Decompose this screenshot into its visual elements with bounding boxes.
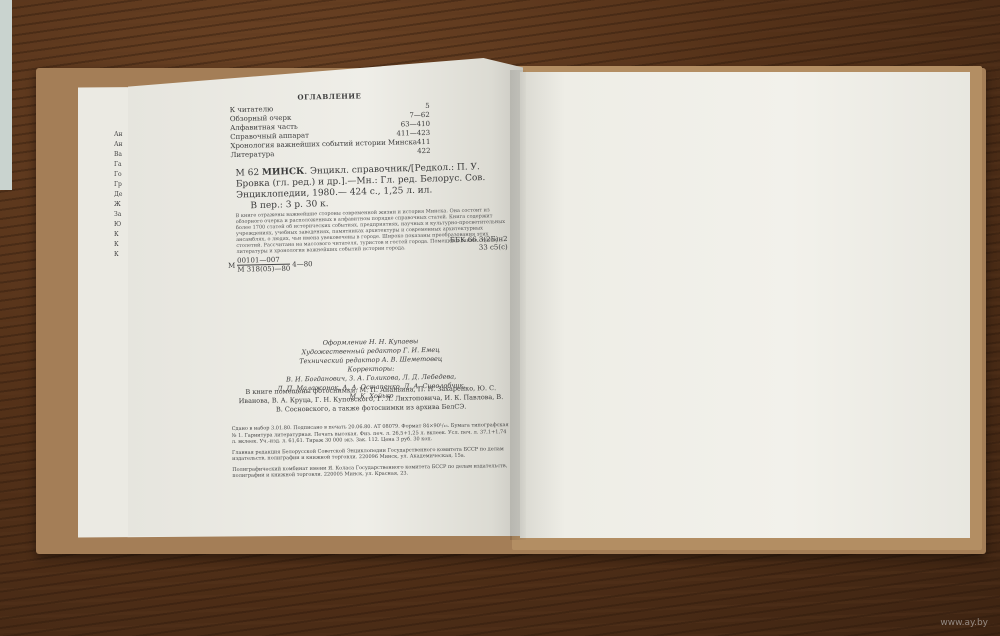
- side-letter: К: [114, 230, 128, 240]
- catalog-code: М 62: [235, 168, 259, 179]
- code-suffix: 4—80: [292, 260, 313, 268]
- udk-code: 33 с5(с): [450, 243, 508, 252]
- side-letter: Ан: [114, 140, 128, 150]
- side-letter: К: [114, 240, 128, 250]
- side-letter: Ю: [114, 220, 128, 230]
- code-prefix: М: [228, 261, 235, 269]
- imprint-paragraph: Главная редакция Белорусской Советской Э…: [232, 446, 512, 463]
- side-letter: Де: [114, 190, 128, 200]
- side-letter: Ан: [114, 130, 128, 140]
- table-of-contents: ОГЛАВЛЕНИЕ К читателю5 Обзорный очерк7—6…: [229, 90, 430, 160]
- watermark: www.ay.by: [940, 618, 988, 628]
- side-letter: За: [114, 210, 128, 220]
- right-page-blank: [520, 72, 970, 538]
- code-denominator: М 318(05)—80: [237, 265, 290, 274]
- imprint: Сдано в набор 3.01.80. Подписано в печат…: [232, 422, 513, 479]
- book-title: МИНСК: [262, 167, 305, 178]
- book-spine-shadow: [510, 70, 526, 540]
- bibliographic-record: М 62 МИНСК. Энцикл. справочник/[Редкол.:…: [235, 161, 511, 212]
- side-letter: Гр: [114, 180, 128, 190]
- photo-credits: В книге помещены фотоснимки: М. П. Анань…: [236, 384, 506, 415]
- side-letter: Га: [114, 160, 128, 170]
- imprint-paragraph: Сдано в набор 3.01.80. Подписано в печат…: [232, 422, 512, 445]
- side-letter: Ж: [114, 200, 128, 210]
- side-letter: Ва: [114, 150, 128, 160]
- side-letter: Го: [114, 170, 128, 180]
- side-letter: К: [114, 250, 128, 260]
- background-object: [0, 0, 12, 190]
- underlying-page-letters: Ан Ан Ва Га Го Гр Де Ж За Ю К К К: [114, 130, 128, 260]
